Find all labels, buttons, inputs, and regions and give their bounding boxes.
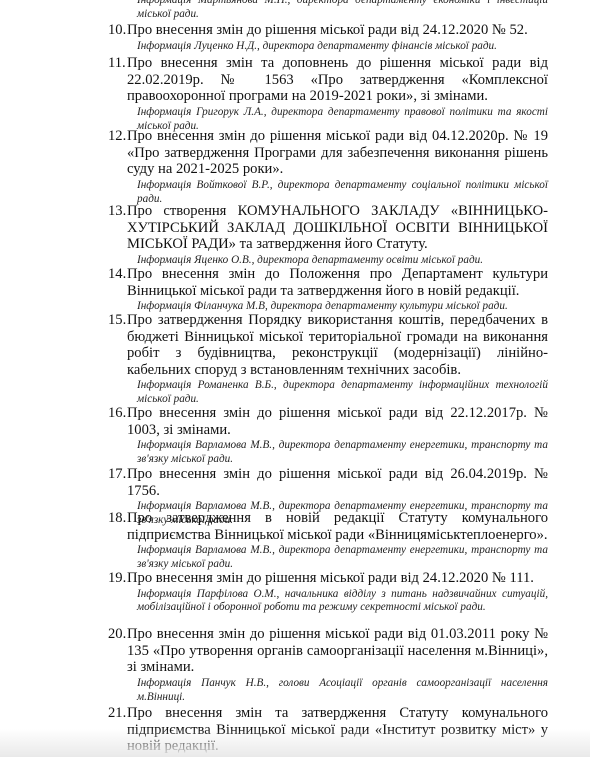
agenda-item-21: 21. Про внесення змін та затвердження Ст… bbox=[108, 705, 548, 755]
item-number: 13. bbox=[108, 203, 126, 220]
agenda-item-12: 12. Про внесення змін до рішення міської… bbox=[108, 128, 548, 206]
item-text: Про затвердження в новій редакції Статут… bbox=[127, 510, 548, 543]
item-number: 12. bbox=[108, 128, 126, 145]
item-number: 20. bbox=[108, 626, 126, 643]
item-info: Інформація Панчук Н.В., голови Асоціації… bbox=[137, 677, 548, 705]
item-number: 10. bbox=[108, 22, 126, 39]
item-text: Про внесення змін до рішення міської рад… bbox=[127, 626, 548, 676]
item-info: Інформація Луценко Н.Д., директора депар… bbox=[137, 40, 548, 54]
item-text: Про внесення змін до рішення міської рад… bbox=[127, 466, 548, 499]
agenda-item-16: 16. Про внесення змін до рішення міської… bbox=[108, 405, 548, 467]
item-text: Про внесення змін до рішення міської рад… bbox=[127, 570, 548, 587]
item-info: Інформація Варламова М.В., директора деп… bbox=[137, 439, 548, 467]
agenda-item-info-continued: Інформація Мартьянова М.П., директора де… bbox=[137, 0, 548, 22]
item-number: 21. bbox=[108, 705, 126, 722]
item-number: 17. bbox=[108, 466, 126, 483]
item-text: Про внесення змін та доповнень до рішенн… bbox=[127, 55, 548, 105]
item-text: Про затвердження Порядку використання ко… bbox=[127, 312, 548, 378]
item-info: Інформація Варламова М.В., директора деп… bbox=[137, 544, 548, 572]
item-info: Інформація Романенка В.Б., директора деп… bbox=[137, 379, 548, 407]
item-info: Інформація Парфілова О.М., начальника ві… bbox=[137, 588, 548, 616]
item-number: 19. bbox=[108, 570, 126, 587]
item-number: 18. bbox=[108, 510, 126, 527]
agenda-item-13: 13. Про створення КОМУНАЛЬНОГО ЗАКЛАДУ «… bbox=[108, 203, 548, 268]
item-number: 15. bbox=[108, 312, 126, 329]
item-text: Про внесення змін до рішення міської рад… bbox=[127, 405, 548, 438]
agenda-item-14: 14. Про внесення змін до Положення про Д… bbox=[108, 266, 548, 314]
item-text: Про внесення змін до рішення міської рад… bbox=[127, 128, 548, 178]
item-text: Про внесення змін до Положення про Депар… bbox=[127, 266, 548, 299]
agenda-item-18: 18. Про затвердження в новій редакції Ст… bbox=[108, 510, 548, 572]
agenda-item-20: 20. Про внесення змін до рішення міської… bbox=[108, 626, 548, 704]
agenda-item-11: 11. Про внесення змін та доповнень до рі… bbox=[108, 55, 548, 133]
agenda-item-15: 15. Про затвердження Порядку використанн… bbox=[108, 312, 548, 407]
agenda-item-19: 19. Про внесення змін до рішення міської… bbox=[108, 570, 548, 615]
item-text: Про внесення змін до рішення міської рад… bbox=[127, 22, 548, 39]
item-number: 11. bbox=[108, 55, 126, 72]
agenda-item-10: 10. Про внесення змін до рішення міської… bbox=[108, 22, 548, 53]
item-text: Про внесення змін та затвердження Статут… bbox=[127, 705, 548, 755]
item-number: 16. bbox=[108, 405, 126, 422]
item-text: Про створення КОМУНАЛЬНОГО ЗАКЛАДУ «ВІНН… bbox=[127, 203, 548, 253]
document-page: Інформація Мартьянова М.П., директора де… bbox=[0, 0, 590, 757]
item-number: 14. bbox=[108, 266, 126, 283]
info-text: Інформація Мартьянова М.П., директора де… bbox=[137, 0, 548, 22]
